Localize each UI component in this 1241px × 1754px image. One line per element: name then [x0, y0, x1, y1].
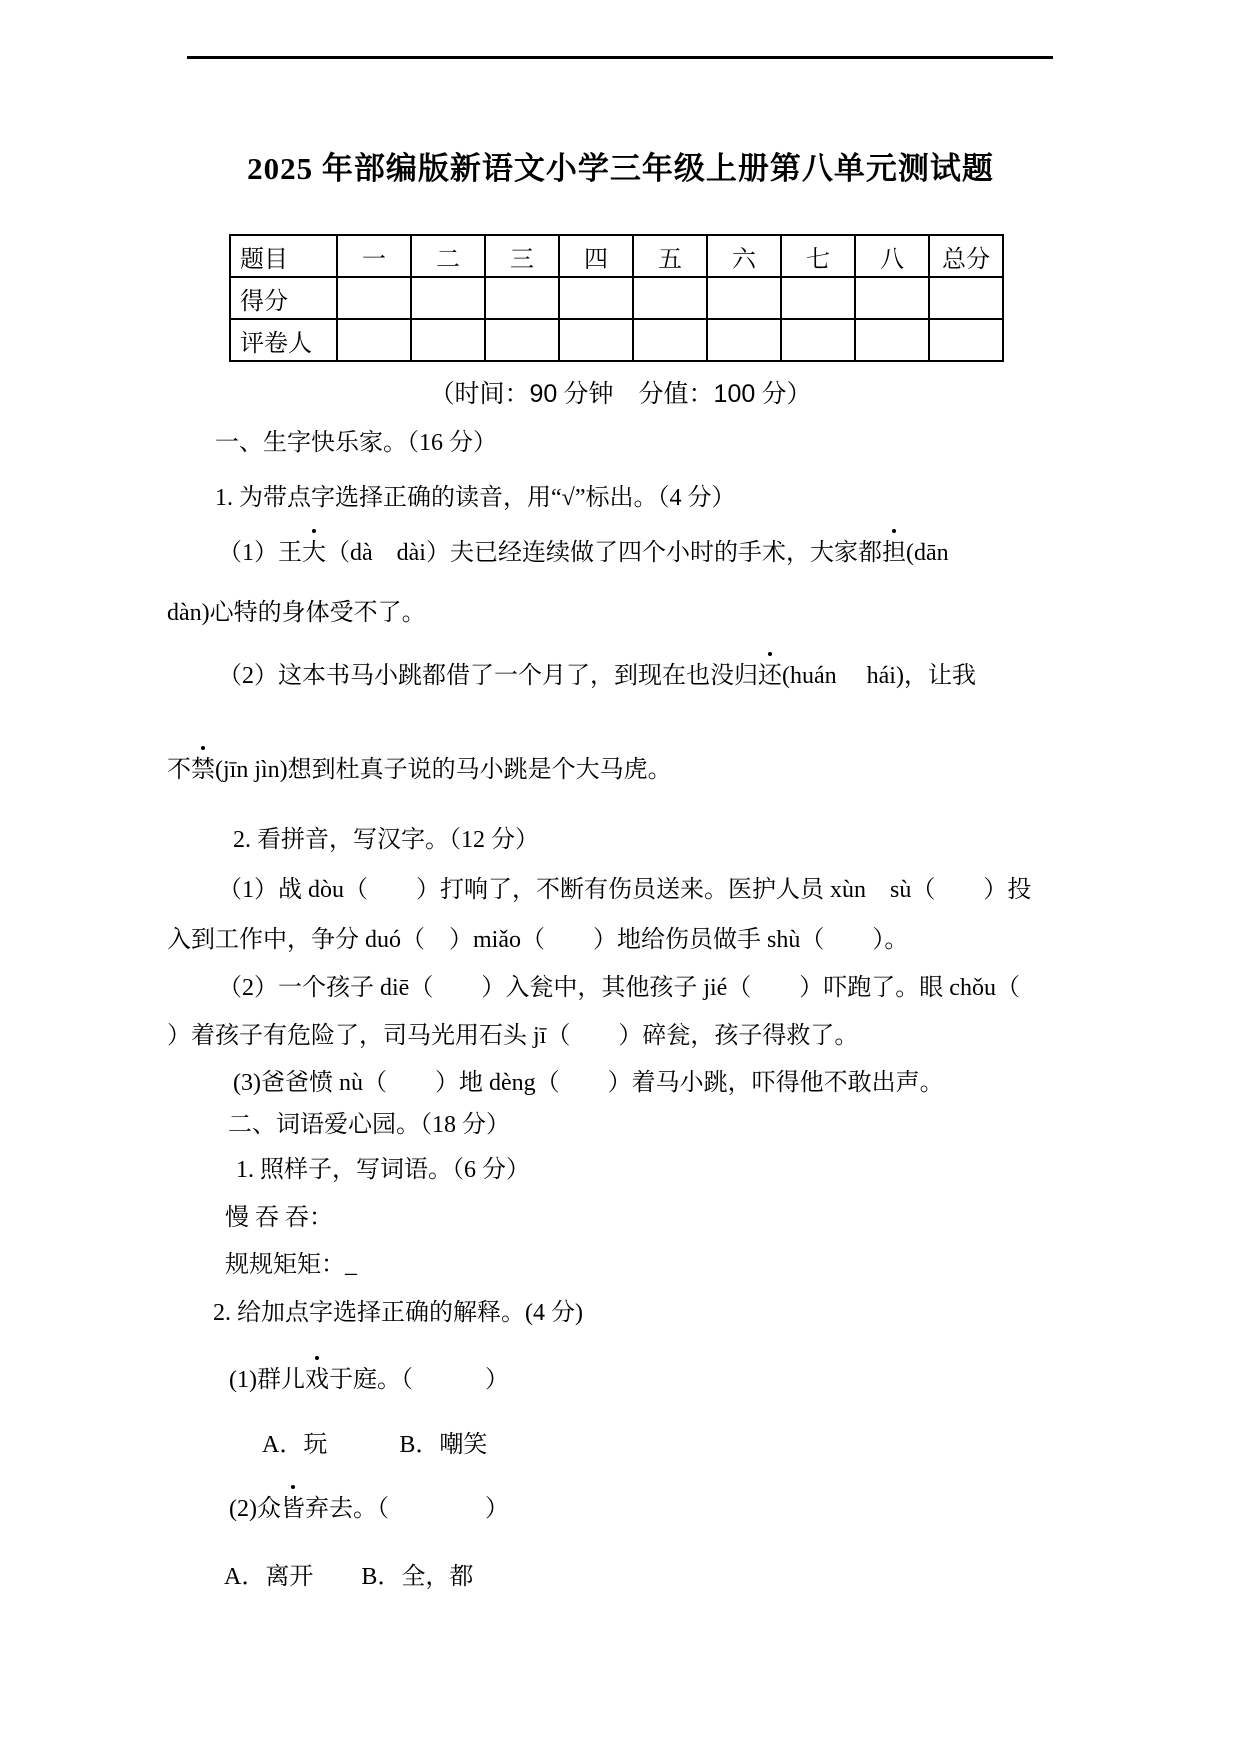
score-table-header-3: 三: [485, 235, 559, 277]
text-segment: （dà dài）夫已经连续做了四个小时的手术，大家都: [326, 540, 882, 566]
text-segment: （时间：: [429, 381, 529, 408]
text-segment: （2）这本书马小跳都借了一个月了，到现在也没归: [218, 663, 758, 689]
q2-item2-line2: ）着孩子有危险了，司马光用石头 jī（ ）碎瓮，孩子得救了。: [167, 1021, 858, 1051]
section-1-heading: 一、生字快乐家。（16 分）: [215, 428, 497, 458]
s2-q1-example1: 慢 吞 吞：: [225, 1203, 333, 1233]
text-segment: 一、生字快乐家。（16 分）: [215, 430, 497, 456]
score-table-pingjuanren-label: 评卷人: [230, 319, 337, 361]
score-cell-empty: [559, 277, 633, 319]
text-segment: A．玩 B．嘲笑: [262, 1432, 487, 1458]
score-cell-empty: [337, 319, 411, 361]
text-segment: 分）: [755, 381, 811, 408]
score-table-header-1: 一: [337, 235, 411, 277]
text-segment: 90: [529, 380, 557, 408]
score-cell-empty: [929, 277, 1003, 319]
score-table-header-row: 题目 一 二 三 四 五 六 七 八 总分: [230, 235, 1003, 277]
page-title: 2025 年部编版新语文小学三年级上册第八单元测试题: [0, 143, 1241, 188]
s2-q1-example2: 规规矩矩：_: [225, 1250, 357, 1280]
q2-item1-line1: （1）战 dòu（ ）打响了，不断有伤员送来。医护人员 xùn sù（ ）投: [218, 875, 1031, 905]
text-segment: dàn)心特的身体受不了。: [167, 600, 426, 626]
score-cell-empty: [707, 319, 781, 361]
s2-q2-item2: (2)众皆弃去。（ ）: [229, 1494, 509, 1524]
q1-heading: 1. 为带点字选择正确的读音，用“√”标出。（4 分）: [215, 483, 735, 513]
emphasized-char: 大: [302, 540, 326, 566]
q1-item1-line2: dàn)心特的身体受不了。: [167, 598, 426, 628]
s2-q1-heading: 1. 照样子，写词语。（6 分）: [236, 1155, 530, 1185]
q1-item2-line2: 不禁(jīn jìn)想到杜真子说的马小跳是个大马虎。: [167, 755, 672, 785]
text-segment: 弃去。（ ）: [305, 1496, 509, 1522]
score-cell-empty: [781, 319, 855, 361]
q1-item1-line1: （1）王大（dà dài）夫已经连续做了四个小时的手术，大家都担(dān: [218, 538, 949, 568]
score-table-defen-label: 得分: [230, 277, 337, 319]
q2-item1-line2: 入到工作中，争分 duó（ ）miǎo（ ）地给伤员做手 shù（ ）。: [167, 925, 908, 955]
text-segment: 1. 照样子，写词语。（6 分）: [236, 1157, 530, 1183]
text-segment: (1)群儿: [229, 1367, 305, 1393]
test-paper-page: 2025 年部编版新语文小学三年级上册第八单元测试题 题目 一 二 三 四 五 …: [0, 0, 1241, 1754]
q1-item2-line1: （2）这本书马小跳都借了一个月了，到现在也没归还(huán hái)，让我: [218, 661, 976, 691]
s2-q2-item1-options: A．玩 B．嘲笑: [262, 1430, 487, 1460]
text-segment: (3)爸爸愤 nù（ ）地 dèng（ ）着马小跳，吓得他不敢出声。: [233, 1070, 944, 1096]
score-table-header-6: 六: [707, 235, 781, 277]
text-segment: (dān: [906, 540, 949, 566]
score-table-header-total: 总分: [929, 235, 1003, 277]
score-cell-empty: [781, 277, 855, 319]
text-segment: （2）一个孩子 diē（ ）入瓮中，其他孩子 jié（ ）吓跑了。眼 chǒu（: [218, 975, 1020, 1001]
text-segment: 不: [167, 757, 191, 783]
text-segment: （1）战 dòu（ ）打响了，不断有伤员送来。医护人员 xùn sù（ ）投: [218, 877, 1031, 903]
emphasized-char: 禁: [191, 757, 215, 783]
score-cell-empty: [855, 319, 929, 361]
text-segment: 2. 给加点字选择正确的解释。(4 分): [213, 1300, 583, 1326]
s2-q2-item2-options: A．离开 B．全，都: [224, 1562, 473, 1592]
score-table-pingjuanren-row: 评卷人: [230, 319, 1003, 361]
score-table-header-5: 五: [633, 235, 707, 277]
text-segment: (2)众: [229, 1496, 281, 1522]
score-table-header-7: 七: [781, 235, 855, 277]
time-score-line: （时间：90 分钟 分值：100 分）: [0, 374, 1241, 410]
score-cell-empty: [707, 277, 781, 319]
top-rule: [187, 56, 1053, 59]
emphasized-char: 戏: [305, 1367, 329, 1393]
score-table-header-4: 四: [559, 235, 633, 277]
score-cell-empty: [485, 277, 559, 319]
section-2-heading: 二、词语爱心园。（18 分）: [228, 1110, 510, 1140]
emphasized-char: 还: [758, 663, 782, 689]
score-table: 题目 一 二 三 四 五 六 七 八 总分 得分 评卷人: [229, 234, 1004, 362]
score-cell-empty: [411, 319, 485, 361]
score-cell-empty: [337, 277, 411, 319]
q2-item3: (3)爸爸愤 nù（ ）地 dèng（ ）着马小跳，吓得他不敢出声。: [233, 1068, 944, 1098]
q2-heading: 2. 看拼音，写汉字。（12 分）: [233, 825, 539, 855]
score-table-header-8: 八: [855, 235, 929, 277]
text-segment: 二、词语爱心园。（18 分）: [228, 1112, 510, 1138]
text-segment: A．离开 B．全，都: [224, 1564, 473, 1590]
score-cell-empty: [559, 319, 633, 361]
s2-q2-item1: (1)群儿戏于庭。（ ）: [229, 1365, 509, 1395]
text-segment: 2. 看拼音，写汉字。（12 分）: [233, 827, 539, 853]
score-table-header-timu: 题目: [230, 235, 337, 277]
text-segment: ）着孩子有危险了，司马光用石头 jī（ ）碎瓮，孩子得救了。: [167, 1023, 858, 1049]
text-segment: 于庭。（ ）: [329, 1367, 509, 1393]
q2-item2-line1: （2）一个孩子 diē（ ）入瓮中，其他孩子 jié（ ）吓跑了。眼 chǒu（: [218, 973, 1020, 1003]
score-cell-empty: [485, 319, 559, 361]
text-segment: 慢 吞 吞：: [225, 1205, 333, 1231]
text-segment: 规规矩矩：_: [225, 1252, 357, 1278]
s2-q2-heading: 2. 给加点字选择正确的解释。(4 分): [213, 1298, 583, 1328]
score-table-header-2: 二: [411, 235, 485, 277]
score-table-defen-row: 得分: [230, 277, 1003, 319]
score-cell-empty: [633, 277, 707, 319]
emphasized-char: 担: [882, 540, 906, 566]
text-segment: (huán hái)，让我: [782, 663, 976, 689]
emphasized-char: 皆: [281, 1496, 305, 1522]
score-cell-empty: [633, 319, 707, 361]
score-cell-empty: [411, 277, 485, 319]
text-segment: 分钟 分值：: [557, 381, 713, 408]
text-segment: (jīn jìn)想到杜真子说的马小跳是个大马虎。: [215, 757, 672, 783]
text-segment: 1. 为带点字选择正确的读音，用“√”标出。（4 分）: [215, 485, 735, 511]
score-cell-empty: [929, 319, 1003, 361]
text-segment: （1）王: [218, 540, 302, 566]
text-segment: 入到工作中，争分 duó（ ）miǎo（ ）地给伤员做手 shù（ ）。: [167, 927, 908, 953]
text-segment: 100: [714, 380, 756, 408]
score-cell-empty: [855, 277, 929, 319]
